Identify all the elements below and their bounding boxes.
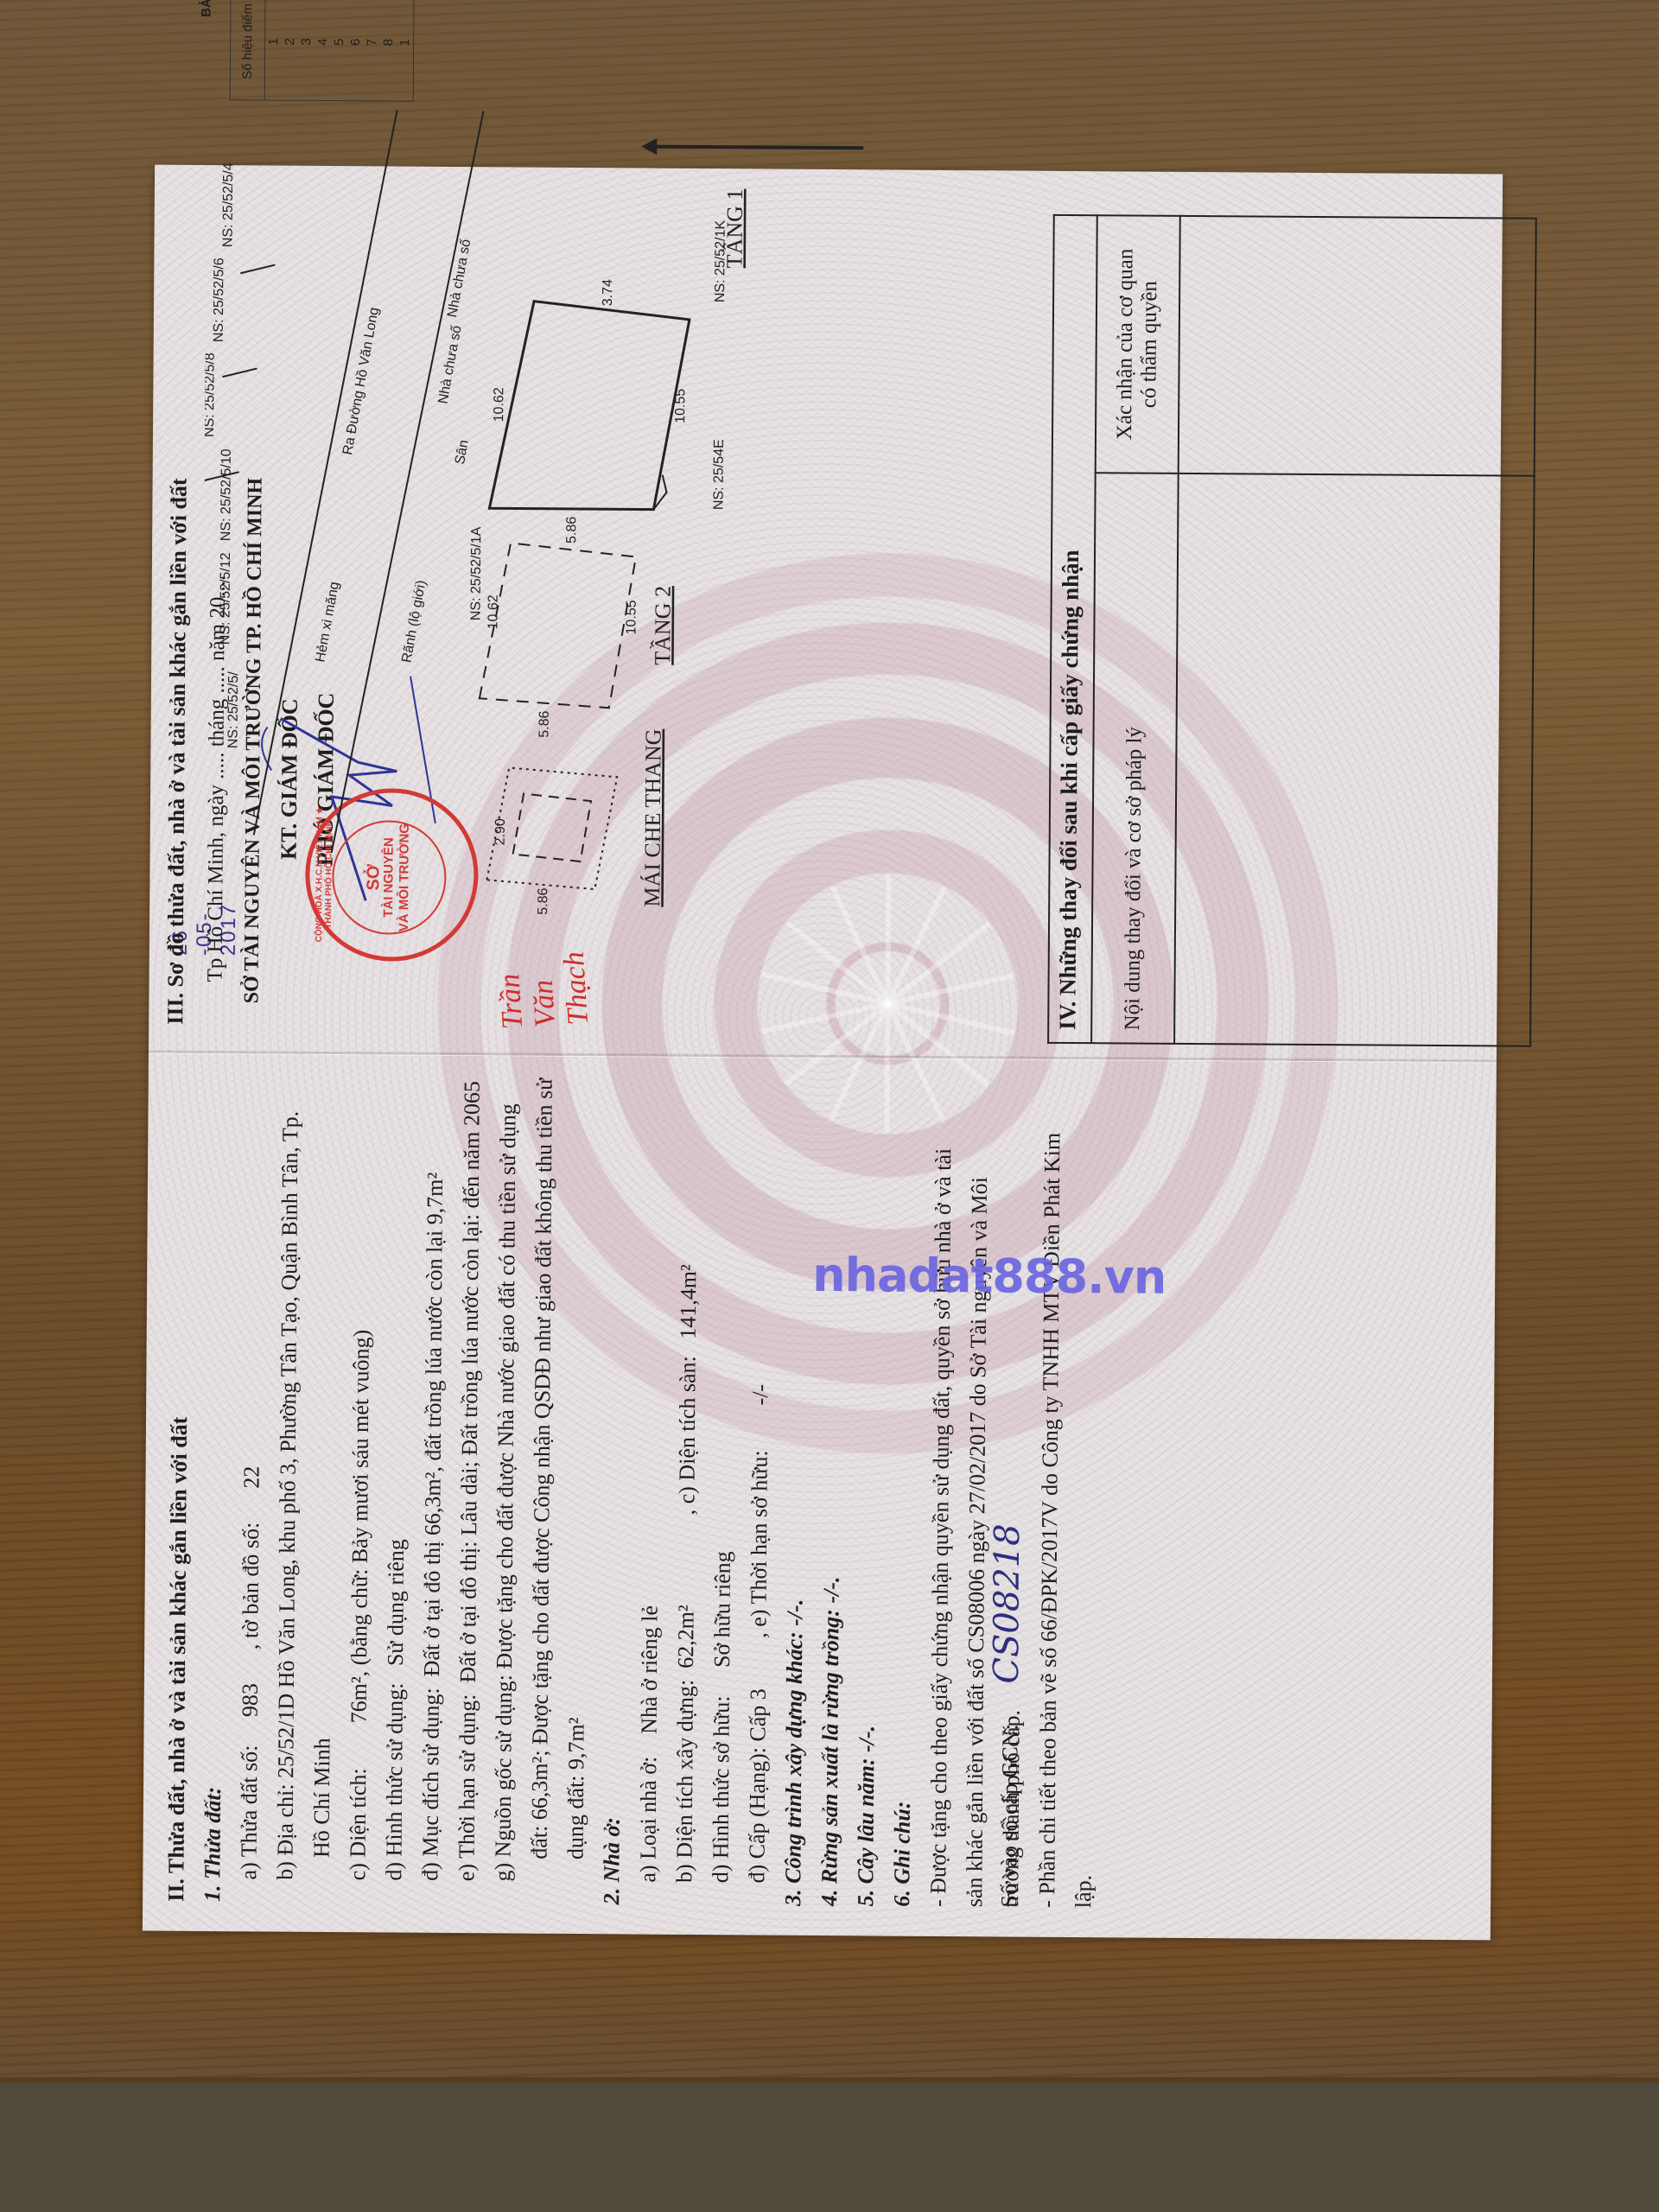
coord-table-subtitle: Theo hệ toạ độ Nhà Nước VN-2000 (213, 0, 229, 100)
road-label: Ra Đường Hồ Văn Long (340, 306, 382, 456)
changes-column-header: Nội dung thay đổi và cơ sở pháp lý (1091, 473, 1179, 1044)
dimension-label: 10.55 (624, 600, 639, 634)
dimension-label: 5.86 (537, 710, 552, 737)
neighbor-label: NS: 25/54E (711, 439, 727, 510)
origin-cont: đất: 66,3m²; Được tặng cho đất được Công… (521, 1040, 563, 1904)
term-row: e) Thời hạn sử dụng: Đất ở tại đô thị: L… (448, 1039, 491, 1904)
forest: 4. Rừng sản xuất là rừng trồng: -/-. (811, 1042, 854, 1906)
use-form-row: d) Hình thức sử dụng: Sử dụng riêng (376, 1039, 418, 1903)
section-2-title: II. Thửa đất, nhà ở và tài sản khác gắn … (158, 1038, 200, 1902)
section-3-title: III. Sơ đồ thửa đất, nhà ở và tài sản kh… (157, 478, 197, 1025)
confirmation-cell (1179, 216, 1536, 476)
coord-row: 11190005.49591256.94 (397, 0, 416, 101)
house-type-row: a) Loại nhà ở: Nhà ở riêng lẻ (630, 1040, 672, 1904)
neighbor-label: NS: 25/52/5/4 (220, 162, 236, 247)
origin-cont2: dụng đất: 9,7m² (557, 1040, 600, 1904)
neighbor-label: NS: 25/52/5/12 (218, 552, 233, 645)
note-1: - Được tặng cho theo giấy chứng nhận quy… (920, 1043, 963, 1907)
coord-cell-point: 8 (380, 0, 397, 101)
registry-number-row: Số vào sổ cấp GCN: CS08218 (985, 1523, 1027, 1907)
dimension-label: 10.62 (492, 387, 506, 422)
page-section-4: IV. Những thay đổi sau khi cấp giấy chứn… (1047, 180, 1537, 1047)
porch-label: Sân (453, 439, 472, 466)
address-cont: Hồ Chí Minh (303, 1039, 346, 1903)
grade-row: đ) Cấp (Hạng): Cấp 3 , e) Thời hạn sở hữ… (739, 1041, 781, 1905)
coord-cell-point: 1 (397, 0, 414, 101)
parcel-diagram: Ra Đường Hồ Văn Long Hẻm xi măng Rãnh (l… (200, 109, 898, 1030)
land-heading: 1. Thửa đất: (194, 1038, 237, 1902)
unnumbered-house-2: Nhà chưa số (435, 324, 464, 404)
area-value: 76m², (bằng chữ: Bảy mươi sáu mét vuông) (346, 1330, 374, 1724)
floor-2-label: TẦNG 2 (650, 586, 676, 665)
site-watermark: nhadat888.vn (812, 1248, 1218, 1302)
roof-label: MÁI CHE THANG (639, 728, 665, 906)
dimension-label: 5.86 (536, 887, 550, 914)
area-row: c) Diện tích: 76m², (bằng chữ: Bảy mươi … (340, 1039, 382, 1903)
floor-1-label: TẦNG 1 (721, 188, 747, 268)
coord-cell-point: 1 (264, 0, 282, 100)
alley-label: Hẻm xi măng (313, 581, 342, 664)
coord-cell-point: 2 (282, 0, 299, 100)
other-works: 3. Công trình xây dựng khác: -/-. (775, 1042, 817, 1906)
perennial: 5. Cây lâu năm: -/-. (848, 1042, 890, 1906)
coordinate-table: BẢNG KÊ TỌA ĐỘ GÓC RANH ( 2 ) Theo hệ to… (199, 0, 416, 102)
coord-cell-point: 5 (331, 0, 348, 101)
changes-cell (1174, 474, 1535, 1046)
section-3: III. Sơ đồ thửa đất, nhà ở và tài sản kh… (157, 0, 1031, 1048)
neighbor-label: NS: 25/52/5/6 (212, 257, 227, 342)
parcel-row: a) Thửa đất số: 983 , tờ bản đồ số: 22 (231, 1038, 273, 1902)
coord-cell-point: 6 (347, 0, 365, 101)
dimension-label: 5.86 (564, 517, 579, 543)
built-area-row: b) Diện tích xây dựng: 62,2m² , c) Diện … (666, 1041, 709, 1905)
address-row: b) Địa chỉ: 25/52/1D Hồ Văn Long, khu ph… (267, 1039, 309, 1903)
coord-cell-point: 3 (298, 0, 315, 100)
house-heading: 2. Nhà ở: (594, 1040, 636, 1904)
floor-strip (0, 2077, 1659, 2212)
coord-cell-point: 7 (364, 0, 381, 101)
dimension-label: 2.90 (493, 818, 508, 845)
section-2: II. Thửa đất, nhà ở và tài sản khác gắn … (151, 1020, 1115, 1926)
note-2: - Phần chi tiết theo bản vẽ số 66/ĐPK/20… (1029, 1044, 1071, 1908)
notes-heading: 6. Ghi chú: (884, 1043, 926, 1907)
dimension-label: 10.62 (486, 594, 500, 629)
land-certificate-sheet: II. Thửa đất, nhà ở và tài sản khác gắn … (143, 165, 1503, 1941)
section-4-title: IV. Những thay đổi sau khi cấp giấy chứn… (1048, 215, 1097, 1043)
neighbor-label: NS: 25/52/5/1A (468, 526, 484, 620)
origin-row: g) Nguồn gốc sử dụng: Được tặng cho đất … (485, 1039, 527, 1904)
address-value: 25/52/1D Hồ Văn Long, khu phố 3, Phường … (273, 1111, 302, 1778)
registry-number: CS08218 (987, 1523, 1027, 1684)
neighbor-label: NS: 25/52/5/ (226, 671, 241, 749)
dimension-label: 3.74 (601, 279, 615, 306)
ownership-row: d) Hình thức sở hữu: Sở hữu riêng (702, 1041, 745, 1905)
neighbor-label: NS: 25/52/5/10 (219, 448, 234, 541)
note-2b: lập. (1065, 1044, 1108, 1908)
purpose-row: đ) Mục đích sử dụng: Đất ở tại đô thị 66… (412, 1039, 454, 1904)
page-section-2: II. Thửa đất, nhà ở và tài sản khác gắn … (151, 1055, 1488, 1929)
coord-table-body: 11190005.49591256.941.6621190003.8759125… (264, 0, 416, 101)
ditch-label: Rãnh (lộ giới) (399, 579, 429, 664)
confirmation-column-header: Xác nhận của cơ quan có thẩm quyền (1096, 215, 1180, 474)
dimension-label: 10.55 (673, 389, 688, 423)
map-sheet-number: 22 (238, 1466, 264, 1489)
parcel-number: 983 (238, 1683, 263, 1717)
neighbor-label: NS: 25/52/5/8 (202, 353, 218, 437)
coord-cell-point: 4 (315, 0, 332, 100)
